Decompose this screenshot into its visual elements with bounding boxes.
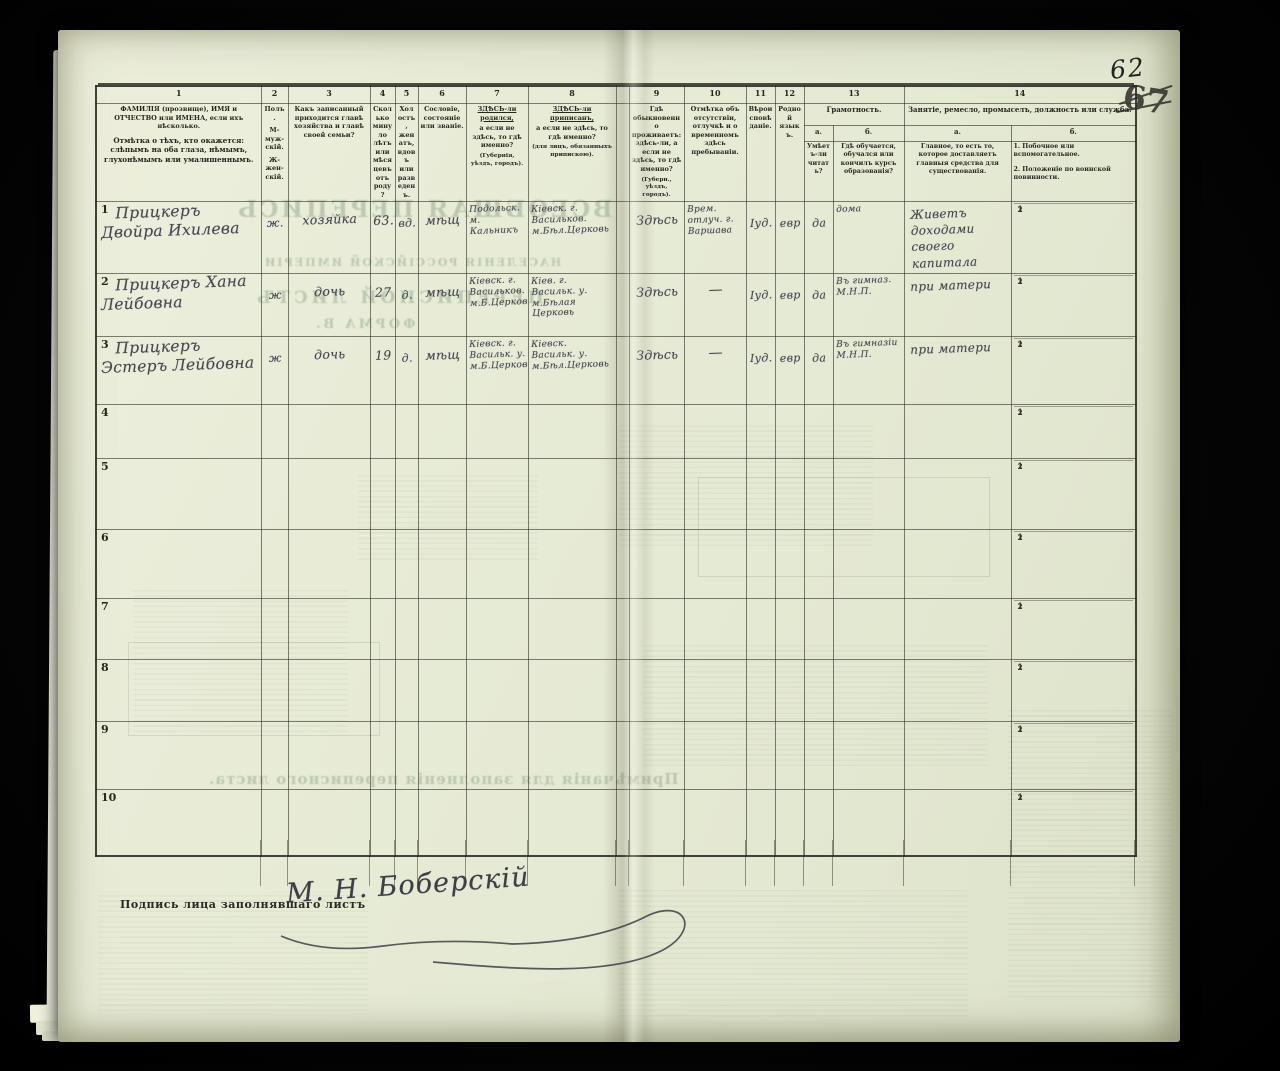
cell-birthplace-handwriting: Кіевск. г. Васильк. у. м.Б.Церковь — [469, 338, 527, 372]
cell-language-handwriting — [778, 544, 802, 545]
cell-birthplace — [466, 721, 528, 789]
cell-relation-handwriting — [291, 538, 368, 541]
cell-sex — [261, 598, 288, 659]
cell-religion-handwriting — [749, 419, 773, 420]
cell-residence — [629, 598, 684, 659]
cell-birthplace — [466, 458, 528, 529]
cell-occupation — [904, 659, 1011, 721]
fold-crease-cell — [616, 404, 629, 458]
cell-occupation — [904, 529, 1011, 598]
cell-language — [775, 721, 804, 789]
cell-birthplace-handwriting — [469, 661, 526, 663]
row-number: 9 — [101, 723, 109, 736]
cell-literate-handwriting — [807, 804, 831, 805]
cell-estate-handwriting — [421, 414, 464, 416]
cell-marital-handwriting — [398, 544, 416, 545]
cell-occupation — [904, 458, 1011, 529]
column-number: 8 — [528, 86, 616, 104]
cell-sex-handwriting — [264, 674, 286, 675]
cell-estate-handwriting: мѣщ — [421, 283, 464, 299]
cell-name: 5 — [96, 458, 261, 529]
cell-estate-handwriting: мѣщ — [421, 346, 464, 362]
name-handwriting: Прицкеръ Эстеръ Лейбовна — [99, 336, 260, 378]
cell-name: 1Прицкеръ Двойра Ихилева — [96, 201, 261, 273]
header-occupation-title: Занятіе, ремесло, промыселъ, должность и… — [904, 104, 1136, 126]
fold-crease-cell — [616, 659, 629, 721]
cell-age — [370, 721, 395, 789]
cell-side-occupation: 12 — [1011, 659, 1136, 721]
sub-number: 2 — [1018, 725, 1023, 734]
cell-estate-handwriting — [421, 468, 464, 470]
header-name-column: ФАМИЛІЯ (прозвище), ИМЯ и ОТЧЕСТВО или И… — [96, 104, 261, 202]
cell-language — [775, 404, 804, 458]
cell-language-handwriting — [778, 674, 802, 675]
cell-sex-handwriting — [264, 613, 286, 614]
cell-education: Въ гимназіи М.Н.П. — [833, 336, 904, 404]
cell-birthplace-handwriting — [469, 600, 526, 602]
cell-literate-handwriting — [807, 736, 831, 737]
column-line-extension — [1134, 840, 1135, 886]
cell-registered-handwriting: Кіевск. Васильк. у. м.Бѣл.Церковь — [531, 337, 615, 372]
cell-relation: хозяйка — [288, 201, 370, 273]
side-occupation-sub1: 1 — [1014, 203, 1134, 204]
cell-marital-handwriting — [398, 613, 416, 614]
column-number-row: 1 2 3 4 5 6 7 8 9 10 11 12 13 14 — [96, 86, 1136, 104]
cell-occupation-handwriting — [907, 723, 1009, 727]
cell-absence-handwriting — [687, 531, 744, 533]
cell-literate: да — [804, 201, 833, 273]
column-number: 11 — [746, 86, 775, 104]
cell-age-handwriting: 27 — [373, 284, 394, 300]
cell-religion: Іуд. — [746, 336, 775, 404]
cell-residence — [629, 458, 684, 529]
cell-relation-handwriting — [291, 413, 368, 416]
name-handwriting — [99, 721, 258, 724]
header-birthplace-line2: а если не здѣсь, то гдѣ именно? — [469, 124, 526, 150]
cell-side-occupation: 12 — [1011, 529, 1136, 598]
cell-registered — [528, 404, 616, 458]
header-marital: Холостъ, женатъ, вдовъ или разведенъ. — [395, 104, 418, 202]
cell-relation — [288, 404, 370, 458]
cell-language-handwriting: евр — [778, 288, 802, 302]
column-number: 3 — [288, 86, 370, 104]
cell-marital-handwriting: д. — [398, 351, 416, 365]
cell-religion-handwriting — [749, 544, 773, 545]
cell-residence-handwriting — [632, 468, 682, 470]
cell-age-handwriting — [373, 415, 393, 416]
cell-absence — [684, 404, 746, 458]
cell-education-handwriting — [836, 660, 902, 662]
cell-birthplace: Кіевск. г. Васильк. у. м.Б.Церковь — [466, 336, 528, 404]
cell-name: 8 — [96, 659, 261, 721]
name-handwriting: Прицкеръ Двойра Ихилева — [99, 201, 260, 243]
header-occupation-b-letter: б. — [1011, 125, 1136, 141]
cell-language-handwriting: евр — [778, 216, 802, 230]
cell-absence: — — [684, 273, 746, 336]
table-row: 812 — [96, 659, 1136, 721]
cell-sex — [261, 529, 288, 598]
header-occupation-side-2: 2. Положеніе по воинской повинности. — [1014, 166, 1134, 183]
cell-residence-handwriting: Здѣсь — [632, 283, 682, 300]
cell-literate-handwriting — [807, 419, 831, 420]
cell-absence-handwriting — [687, 406, 744, 408]
column-number: 5 — [395, 86, 418, 104]
cell-side-occupation: 12 — [1011, 201, 1136, 273]
cell-language: евр — [775, 201, 804, 273]
cell-education — [833, 404, 904, 458]
cell-birthplace — [466, 598, 528, 659]
cell-age-handwriting — [373, 670, 393, 671]
cell-age-handwriting: 63. — [373, 212, 394, 228]
cell-birthplace-handwriting — [469, 723, 526, 725]
cell-residence-handwriting: Здѣсь — [632, 346, 682, 363]
cell-religion-handwriting — [749, 613, 773, 614]
cell-marital — [395, 404, 418, 458]
cell-marital — [395, 598, 418, 659]
cell-age — [370, 458, 395, 529]
name-handwriting — [99, 659, 258, 662]
cell-residence — [629, 404, 684, 458]
cell-education-handwriting — [836, 722, 902, 724]
cell-literate — [804, 659, 833, 721]
column-line-extension — [803, 840, 804, 886]
census-table: 1 2 3 4 5 6 7 8 9 10 11 12 13 14 ФАМИЛІЯ… — [95, 85, 1137, 857]
name-handwriting: Прицкеръ Хана Лейбовна — [99, 273, 260, 315]
row-number: 3 — [101, 338, 109, 351]
cell-marital-handwriting — [398, 736, 416, 737]
cell-literate-handwriting — [807, 544, 831, 545]
table-row: 1Прицкеръ Двойра Ихилеваж.хозяйка63.вд.м… — [96, 201, 1136, 273]
side-occupation-sub1: 1 — [1014, 460, 1134, 461]
cell-name: 9 — [96, 721, 261, 789]
cell-absence-handwriting — [687, 791, 744, 793]
cell-education-handwriting: Въ гимназіи М.Н.П. — [836, 337, 903, 361]
cell-estate — [418, 721, 466, 789]
cell-estate-handwriting — [421, 539, 464, 541]
header-residence-line2: здѣсь-ли, а если не здѣсь, то гдѣ именно… — [632, 139, 682, 173]
row-number: 10 — [101, 791, 116, 804]
header-occupation-a-letter: а. — [904, 125, 1011, 141]
cell-religion-handwriting: Іуд. — [749, 288, 773, 302]
cell-name: 7 — [96, 598, 261, 659]
cell-registered-handwriting — [531, 459, 614, 462]
cell-occupation: при матери — [904, 273, 1011, 336]
cell-marital-handwriting: д. — [398, 288, 416, 302]
side-occupation-sub1: 1 — [1014, 275, 1134, 276]
cell-side-occupation: 12 — [1011, 336, 1136, 404]
cell-residence-handwriting: Здѣсь — [632, 211, 682, 228]
cell-birthplace — [466, 659, 528, 721]
cell-sex-handwriting — [264, 419, 286, 420]
header-age: Сколько минуло лѣтъ или мѣсяцевъ отъ род… — [370, 104, 395, 202]
cell-registered-handwriting: Кіевск. г. Васильков. м.Бѣл.Церковь — [531, 202, 615, 237]
cell-absence — [684, 529, 746, 598]
cell-relation-handwriting — [291, 607, 368, 610]
name-handwriting — [99, 458, 258, 461]
cell-registered-handwriting — [531, 530, 614, 533]
cell-absence — [684, 721, 746, 789]
column-number: 1 — [96, 86, 261, 104]
sub-number: 2 — [1018, 277, 1023, 286]
fold-crease-cell — [616, 336, 629, 404]
cell-religion — [746, 721, 775, 789]
cell-language-handwriting — [778, 473, 802, 474]
header-birthplace-note: (Губернія, уѣздъ, городъ). — [469, 153, 526, 168]
cell-estate — [418, 598, 466, 659]
cell-absence — [684, 458, 746, 529]
cell-occupation-handwriting — [907, 791, 1009, 795]
row-number: 4 — [101, 406, 109, 419]
name-handwriting — [99, 789, 258, 792]
cell-education-handwriting — [836, 599, 902, 601]
cell-age-handwriting — [373, 609, 393, 610]
cell-religion-handwriting — [749, 674, 773, 675]
cell-name: 6 — [96, 529, 261, 598]
cell-religion — [746, 458, 775, 529]
side-occupation-sub1: 1 — [1014, 661, 1134, 662]
cell-absence-handwriting: — — [687, 344, 745, 362]
cell-estate — [418, 404, 466, 458]
header-birthplace: ЗДѢСЬ-ли родился, а если не здѣсь, то гд… — [466, 104, 528, 202]
cell-language-handwriting — [778, 613, 802, 614]
cell-education-handwriting — [836, 459, 902, 461]
cell-literate-handwriting: да — [807, 288, 831, 302]
cell-birthplace: Подольск. м. Кальникъ — [466, 201, 528, 273]
cell-name: 2Прицкеръ Хана Лейбовна — [96, 273, 261, 336]
cell-registered-handwriting — [531, 599, 614, 602]
sub-number: 2 — [1018, 205, 1023, 214]
column-number: 7 — [466, 86, 528, 104]
cell-relation: дочь — [288, 273, 370, 336]
table-row: 3Прицкеръ Эстеръ Лейбовнаждочь19д.мѣщКіе… — [96, 336, 1136, 404]
cell-relation-handwriting — [291, 668, 368, 671]
cell-registered — [528, 529, 616, 598]
cell-education — [833, 458, 904, 529]
cell-relation-handwriting: хозяйка — [291, 210, 368, 228]
table-row: 712 — [96, 598, 1136, 659]
cell-occupation-handwriting — [907, 531, 1009, 535]
header-occupation-side: 1. Побочное или вспомогательное. 2. Поло… — [1011, 141, 1136, 201]
side-occupation-sub1: 1 — [1014, 791, 1134, 792]
cell-absence-handwriting — [687, 723, 744, 725]
cell-literate — [804, 404, 833, 458]
cell-marital — [395, 721, 418, 789]
cell-registered-handwriting — [531, 660, 614, 663]
cell-name: 4 — [96, 404, 261, 458]
cell-birthplace — [466, 404, 528, 458]
cell-estate — [418, 458, 466, 529]
column-number: 6 — [418, 86, 466, 104]
cell-religion — [746, 529, 775, 598]
cell-residence-handwriting — [632, 669, 682, 671]
cell-side-occupation: 12 — [1011, 458, 1136, 529]
cell-absence-handwriting: Врем. отлуч. г. Варшава — [687, 203, 745, 237]
cell-literate — [804, 458, 833, 529]
header-estate: Сословіе, состояніе или званіе. — [418, 104, 466, 202]
cell-relation-handwriting — [291, 798, 368, 801]
column-number: 12 — [775, 86, 804, 104]
cell-age-handwriting — [373, 732, 393, 733]
cell-language: евр — [775, 273, 804, 336]
cell-age — [370, 659, 395, 721]
fold-crease-cell — [616, 529, 629, 598]
header-birthplace-line1: ЗДѢСЬ-ли родился, — [478, 105, 517, 122]
column-number: 10 — [684, 86, 746, 104]
cell-registered — [528, 721, 616, 789]
cell-estate: мѣщ — [418, 336, 466, 404]
header-literacy-b-letter: б. — [833, 125, 904, 141]
cell-education-handwriting: дома — [836, 202, 902, 215]
column-line-extension — [260, 840, 261, 886]
column-line-extension — [1010, 840, 1011, 886]
cell-literate — [804, 721, 833, 789]
column-line-extension — [774, 840, 775, 886]
header-row: ФАМИЛІЯ (прозвище), ИМЯ и ОТЧЕСТВО или И… — [96, 104, 1136, 126]
cell-marital-handwriting — [398, 674, 416, 675]
column-line-extension — [832, 840, 833, 886]
cell-occupation-handwriting — [907, 406, 1009, 410]
header-sex-line: Полъ. — [264, 105, 286, 122]
column-number: 2 — [261, 86, 288, 104]
cell-age-handwriting — [373, 800, 393, 801]
cell-occupation-handwriting: при матери — [907, 338, 1010, 358]
sub-number: 2 — [1018, 602, 1023, 611]
cell-residence: Здѣсь — [629, 201, 684, 273]
cell-language — [775, 458, 804, 529]
cell-language-handwriting: евр — [778, 351, 802, 365]
header-residence-line1: Гдѣ обыкновенно проживаетъ: — [632, 105, 681, 139]
cell-education-handwriting: Въ гимназ. М.Н.П. — [836, 274, 903, 298]
cell-estate-handwriting — [421, 669, 464, 671]
cell-estate — [418, 659, 466, 721]
table-row: 512 — [96, 458, 1136, 529]
header-literacy-title: Грамотность. — [804, 104, 904, 126]
column-number: 14 — [904, 86, 1136, 104]
cell-registered-handwriting — [531, 790, 614, 793]
cell-age: 27 — [370, 273, 395, 336]
table-row: 2Прицкеръ Хана Лейбовнаждочь27д.мѣщКіевс… — [96, 273, 1136, 336]
cell-age — [370, 529, 395, 598]
fold-crease-cell — [616, 86, 629, 104]
cell-education: дома — [833, 201, 904, 273]
cell-sex: ж. — [261, 201, 288, 273]
fold-crease-cell — [616, 598, 629, 659]
cell-occupation-handwriting — [907, 661, 1009, 665]
sub-number: 2 — [1018, 340, 1023, 349]
photographed-census-sheet: ВСЕОБЩАЯ ПЕРЕПИСЬ НАСЕЛЕНІЯ РОССІЙСКОЙ И… — [0, 0, 1280, 1071]
cell-estate-handwriting: мѣщ — [421, 211, 464, 227]
fold-crease-cell — [616, 104, 629, 202]
cell-residence-handwriting — [632, 414, 682, 416]
cell-religion — [746, 404, 775, 458]
header-literacy-education: Гдѣ обучается, обучался или кончилъ курс… — [833, 141, 904, 201]
cell-education-handwriting — [836, 530, 902, 532]
cell-registered — [528, 598, 616, 659]
header-absence: Отмѣтка объ отсутствіи, отлучкѣ и о врем… — [684, 104, 746, 202]
name-handwriting — [99, 598, 258, 601]
side-occupation-sub1: 1 — [1014, 531, 1134, 532]
cell-religion — [746, 598, 775, 659]
cell-estate-handwriting — [421, 799, 464, 801]
cell-registered: Кіевск. г. Васильков. м.Бѣл.Церковь — [528, 201, 616, 273]
cell-estate-handwriting — [421, 731, 464, 733]
cell-registered: Кіев. г. Васильк. у. м.Бѣлая Церковь — [528, 273, 616, 336]
fold-crease-cell — [616, 201, 629, 273]
cell-side-occupation: 12 — [1011, 404, 1136, 458]
cell-absence-handwriting — [687, 460, 744, 462]
cell-religion: Іуд. — [746, 201, 775, 273]
cell-occupation-handwriting: при матери — [907, 275, 1010, 295]
column-line-extension — [903, 840, 904, 886]
cell-occupation-handwriting — [907, 600, 1009, 604]
cell-registered: Кіевск. Васильк. у. м.Бѣл.Церковь — [528, 336, 616, 404]
cell-birthplace-handwriting: Кіевск. г. Васильков. м.Б.Церковь — [469, 275, 527, 309]
cell-side-occupation: 12 — [1011, 273, 1136, 336]
cell-education-handwriting — [836, 405, 902, 407]
header-occupation-side-1: 1. Побочное или вспомогательное. — [1014, 143, 1134, 160]
cell-birthplace: Кіевск. г. Васильков. м.Б.Церковь — [466, 273, 528, 336]
cell-language-handwriting — [778, 804, 802, 805]
cell-occupation-handwriting — [907, 460, 1009, 464]
cell-relation — [288, 458, 370, 529]
cell-side-occupation: 12 — [1011, 598, 1136, 659]
cell-relation-handwriting — [291, 730, 368, 733]
cell-birthplace-handwriting — [469, 791, 526, 793]
cell-absence-handwriting: — — [687, 281, 745, 299]
cell-language — [775, 529, 804, 598]
cell-age — [370, 598, 395, 659]
cell-absence: Врем. отлуч. г. Варшава — [684, 201, 746, 273]
cell-education — [833, 659, 904, 721]
header-registered-note: (для лицъ, обязанныхъ припискою). — [531, 144, 614, 159]
cell-absence — [684, 598, 746, 659]
cell-estate: мѣщ — [418, 201, 466, 273]
cell-religion-handwriting: Іуд. — [749, 351, 773, 365]
cell-literate-handwriting — [807, 473, 831, 474]
cell-religion-handwriting: Іуд. — [749, 216, 773, 230]
header-language: Родной языкъ. — [775, 104, 804, 202]
cell-marital-handwriting — [398, 804, 416, 805]
cell-residence-handwriting — [632, 539, 682, 541]
cell-residence: Здѣсь — [629, 273, 684, 336]
cell-literate: да — [804, 273, 833, 336]
cell-literate: да — [804, 336, 833, 404]
header-literacy-a-letter: а. — [804, 125, 833, 141]
header-registered-line2: а если не здѣсь, то гдѣ именно? — [531, 124, 614, 141]
row-number: 2 — [101, 275, 109, 288]
cell-residence — [629, 721, 684, 789]
cell-literate-handwriting: да — [807, 216, 831, 230]
cell-sex-handwriting — [264, 473, 286, 474]
cell-estate — [418, 529, 466, 598]
cell-residence-handwriting — [632, 731, 682, 733]
crossed-out-number: 67 — [1120, 77, 1171, 123]
cell-religion-handwriting — [749, 473, 773, 474]
cell-birthplace-handwriting — [469, 531, 526, 533]
header-literacy-read: Умѣетъ-ли читать? — [804, 141, 833, 201]
sub-number: 2 — [1018, 533, 1023, 542]
cell-occupation — [904, 598, 1011, 659]
cell-estate-handwriting — [421, 608, 464, 610]
cell-marital — [395, 458, 418, 529]
side-occupation-sub1: 1 — [1014, 338, 1134, 339]
cell-residence — [629, 659, 684, 721]
cell-education — [833, 529, 904, 598]
header-sex-line: Ж-жен-скій. — [264, 156, 286, 182]
name-handwriting — [99, 529, 258, 532]
row-number: 5 — [101, 460, 109, 473]
cell-marital: вд. — [395, 201, 418, 273]
